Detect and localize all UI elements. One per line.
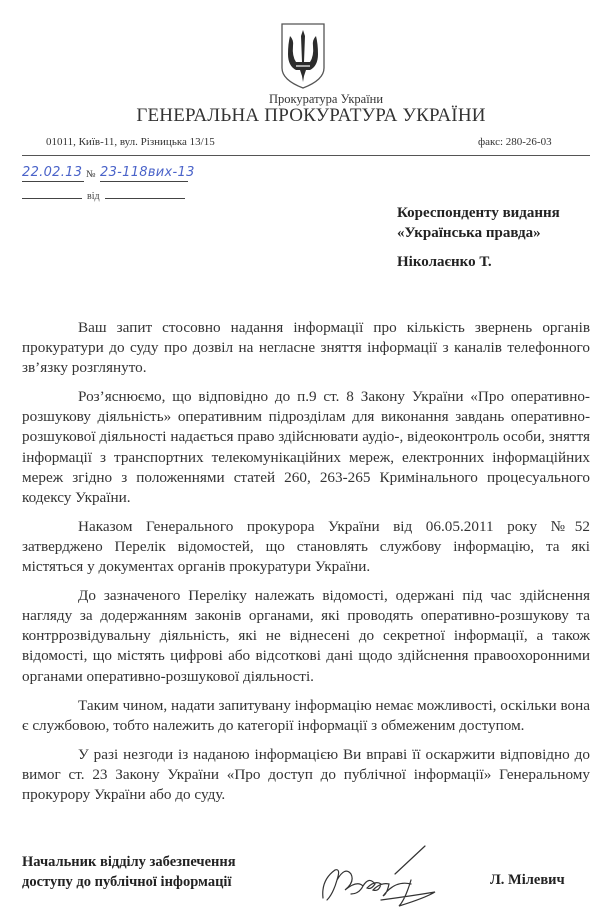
org-small-text: Прокуратура України [269,92,383,106]
letter-body: Ваш запит стосовно надання інформації пр… [22,318,590,814]
body-paragraph: Наказом Генерального прокурора України в… [22,517,590,577]
body-paragraph: Ваш запит стосовно надання інформації пр… [22,318,590,378]
body-paragraph: До зазначеного Переліку належать відомос… [22,586,590,686]
blank-field [105,190,185,199]
signer-position: Начальник відділу забезпечення доступу д… [22,852,236,892]
header-divider [22,155,590,156]
number-sign: № [86,169,96,180]
addressee-line-2: «Українська правда» [397,223,560,243]
incoming-reference-line: від [22,190,185,202]
reference-date: 22.02.13 [22,165,84,182]
fax-number: факс: 280-26-03 [478,136,552,148]
signer-position-line-2: доступу до публічної інформації [22,872,236,892]
signature-icon [315,840,485,912]
coat-of-arms-icon [280,22,326,90]
signer-name: Л. Мілевич [490,872,565,889]
body-paragraph: У разі незгоди із наданою інформацією Ви… [22,745,590,805]
organization-title: ГЕНЕРАЛЬНА ПРОКУРАТУРА УКРАЇНИ [0,105,600,127]
body-paragraph: Таким чином, надати запитувану інформаці… [22,696,590,736]
blank-field [22,190,82,199]
reference-number: 23-118вих-13 [100,165,188,182]
addressee-line-3: Ніколаєнко Т. [397,252,560,272]
signer-position-line-1: Начальник відділу забезпечення [22,852,236,872]
addressee-line-1: Кореспонденту видання [397,203,560,223]
addressee-block: Кореспонденту видання «Українська правда… [397,203,560,272]
org-big-text: ГЕНЕРАЛЬНА ПРОКУРАТУРА УКРАЇНИ [136,105,485,126]
address: 01011, Київ-11, вул. Різницька 13/15 [46,136,215,148]
body-paragraph: Роз’яснюємо, що відповідно до п.9 ст. 8 … [22,387,590,508]
from-label: від [87,191,100,202]
